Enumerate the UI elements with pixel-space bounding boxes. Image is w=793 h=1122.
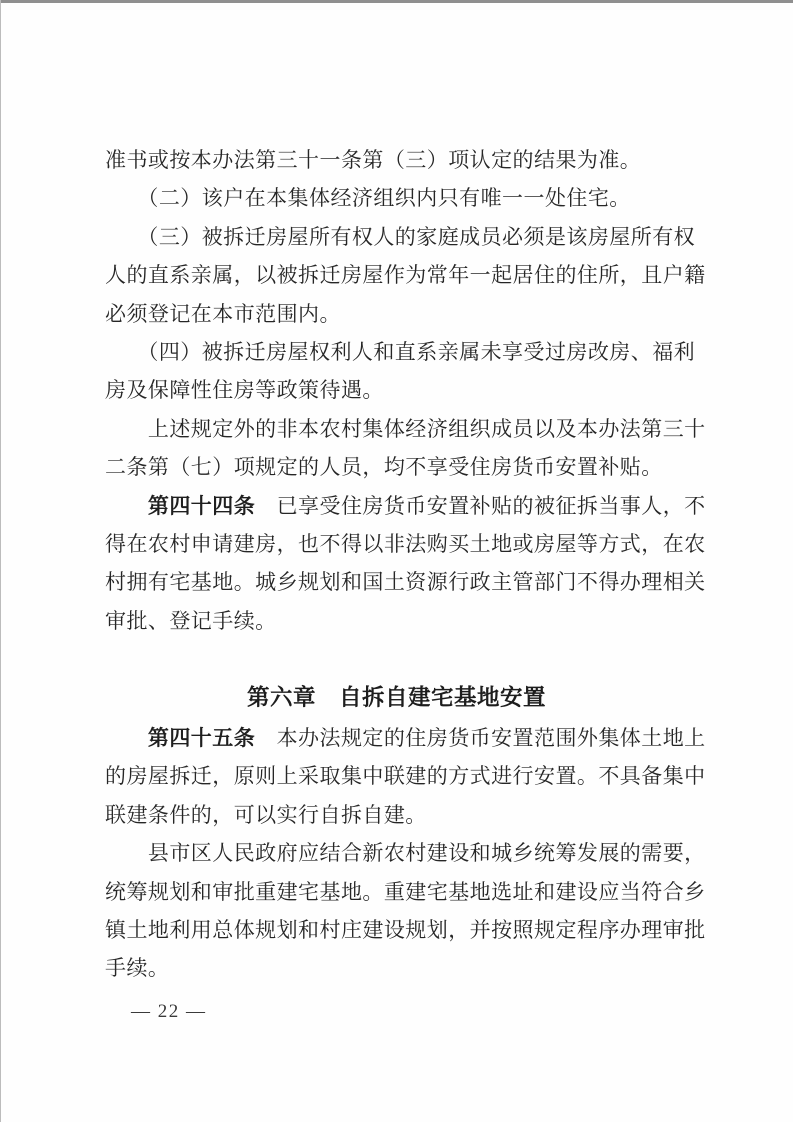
article-number: 第四十四条	[105, 494, 255, 518]
scan-edge-top	[0, 0, 793, 3]
text-line: （四）被拆迁房屋权利人和直系亲属未享受过房改房、福利	[105, 333, 720, 371]
text-line: 房及保障性住房等政策待遇。	[105, 371, 720, 409]
line-text: 房及保障性住房等政策待遇。	[105, 378, 384, 402]
text-line: 得在农村申请建房，也不得以非法购买土地或房屋等方式，在农	[105, 525, 720, 563]
text-line: 必须登记在本市范围内。	[105, 295, 720, 333]
text-line: 联建条件的，可以实行自拆自建。	[105, 796, 720, 834]
line-text: 得在农村申请建房，也不得以非法购买土地或房屋等方式，在农	[105, 532, 706, 556]
body-text-block-after-heading: 第四十五条 本办法规定的住房货币安置范围外集体土地上 的房屋拆迁，原则上采取集中…	[105, 719, 720, 988]
line-text: 统筹规划和审批重建宅基地。重建宅基地选址和建设应当符合乡	[105, 880, 706, 904]
scan-edge-left	[0, 0, 1, 1122]
text-line: 村拥有宅基地。城乡规划和国土资源行政主管部门不得办理相关	[105, 563, 720, 601]
line-text: 审批、登记手续。	[105, 609, 277, 633]
text-line: （三）被拆迁房屋所有权人的家庭成员必须是该房屋所有权	[105, 218, 720, 256]
text-line: 上述规定外的非本农村集体经济组织成员以及本办法第三十	[105, 410, 720, 448]
chapter-heading: 第六章 自拆自建宅基地安置	[0, 683, 793, 713]
document-page: 准书或按本办法第三十一条第（三）项认定的结果为准。 （二）该户在本集体经济组织内…	[0, 0, 793, 1122]
text-line: 统筹规划和审批重建宅基地。重建宅基地选址和建设应当符合乡	[105, 873, 720, 911]
text-line: 第四十五条 本办法规定的住房货币安置范围外集体土地上	[105, 719, 720, 757]
text-line: 人的直系亲属，以被拆迁房屋作为常年一起居住的住所，且户籍	[105, 256, 720, 294]
body-text-block-before-heading: 准书或按本办法第三十一条第（三）项认定的结果为准。 （二）该户在本集体经济组织内…	[105, 141, 720, 640]
line-text: 准书或按本办法第三十一条第（三）项认定的结果为准。	[105, 148, 641, 172]
line-text: 本办法规定的住房货币安置范围外集体土地上	[255, 726, 705, 750]
line-text: 人的直系亲属，以被拆迁房屋作为常年一起居住的住所，且户籍	[105, 263, 706, 287]
text-line: 县市区人民政府应结合新农村建设和城乡统筹发展的需要，	[105, 834, 720, 872]
text-line: 准书或按本办法第三十一条第（三）项认定的结果为准。	[105, 141, 720, 179]
article-number: 第四十五条	[105, 726, 255, 750]
text-line: 二条第（七）项规定的人员，均不享受住房货币安置补贴。	[105, 448, 720, 486]
text-line: 审批、登记手续。	[105, 602, 720, 640]
page-number: — 22 —	[131, 1001, 207, 1023]
line-text: 二条第（七）项规定的人员，均不享受住房货币安置补贴。	[105, 455, 663, 479]
line-text: 县市区人民政府应结合新农村建设和城乡统筹发展的需要，	[105, 841, 706, 865]
line-text: 已享受住房货币安置补贴的被征拆当事人，不	[255, 494, 705, 518]
text-line: 第四十四条 已享受住房货币安置补贴的被征拆当事人，不	[105, 487, 720, 525]
line-text: （四）被拆迁房屋权利人和直系亲属未享受过房改房、福利	[105, 340, 695, 364]
text-line: 的房屋拆迁，原则上采取集中联建的方式进行安置。不具备集中	[105, 757, 720, 795]
line-text: 手续。	[105, 956, 169, 980]
line-text: （二）该户在本集体经济组织内只有唯一一处住宅。	[105, 186, 631, 210]
line-text: 镇土地利用总体规划和村庄建设规划，并按照规定程序办理审批	[105, 918, 706, 942]
line-text: 必须登记在本市范围内。	[105, 302, 341, 326]
line-text: 联建条件的，可以实行自拆自建。	[105, 803, 427, 827]
line-text: 村拥有宅基地。城乡规划和国土资源行政主管部门不得办理相关	[105, 570, 706, 594]
text-line: 镇土地利用总体规划和村庄建设规划，并按照规定程序办理审批	[105, 911, 720, 949]
line-text: 的房屋拆迁，原则上采取集中联建的方式进行安置。不具备集中	[105, 764, 706, 788]
text-line: 手续。	[105, 949, 720, 987]
line-text: （三）被拆迁房屋所有权人的家庭成员必须是该房屋所有权	[105, 225, 695, 249]
text-line: （二）该户在本集体经济组织内只有唯一一处住宅。	[105, 179, 720, 217]
line-text: 上述规定外的非本农村集体经济组织成员以及本办法第三十	[105, 417, 706, 441]
